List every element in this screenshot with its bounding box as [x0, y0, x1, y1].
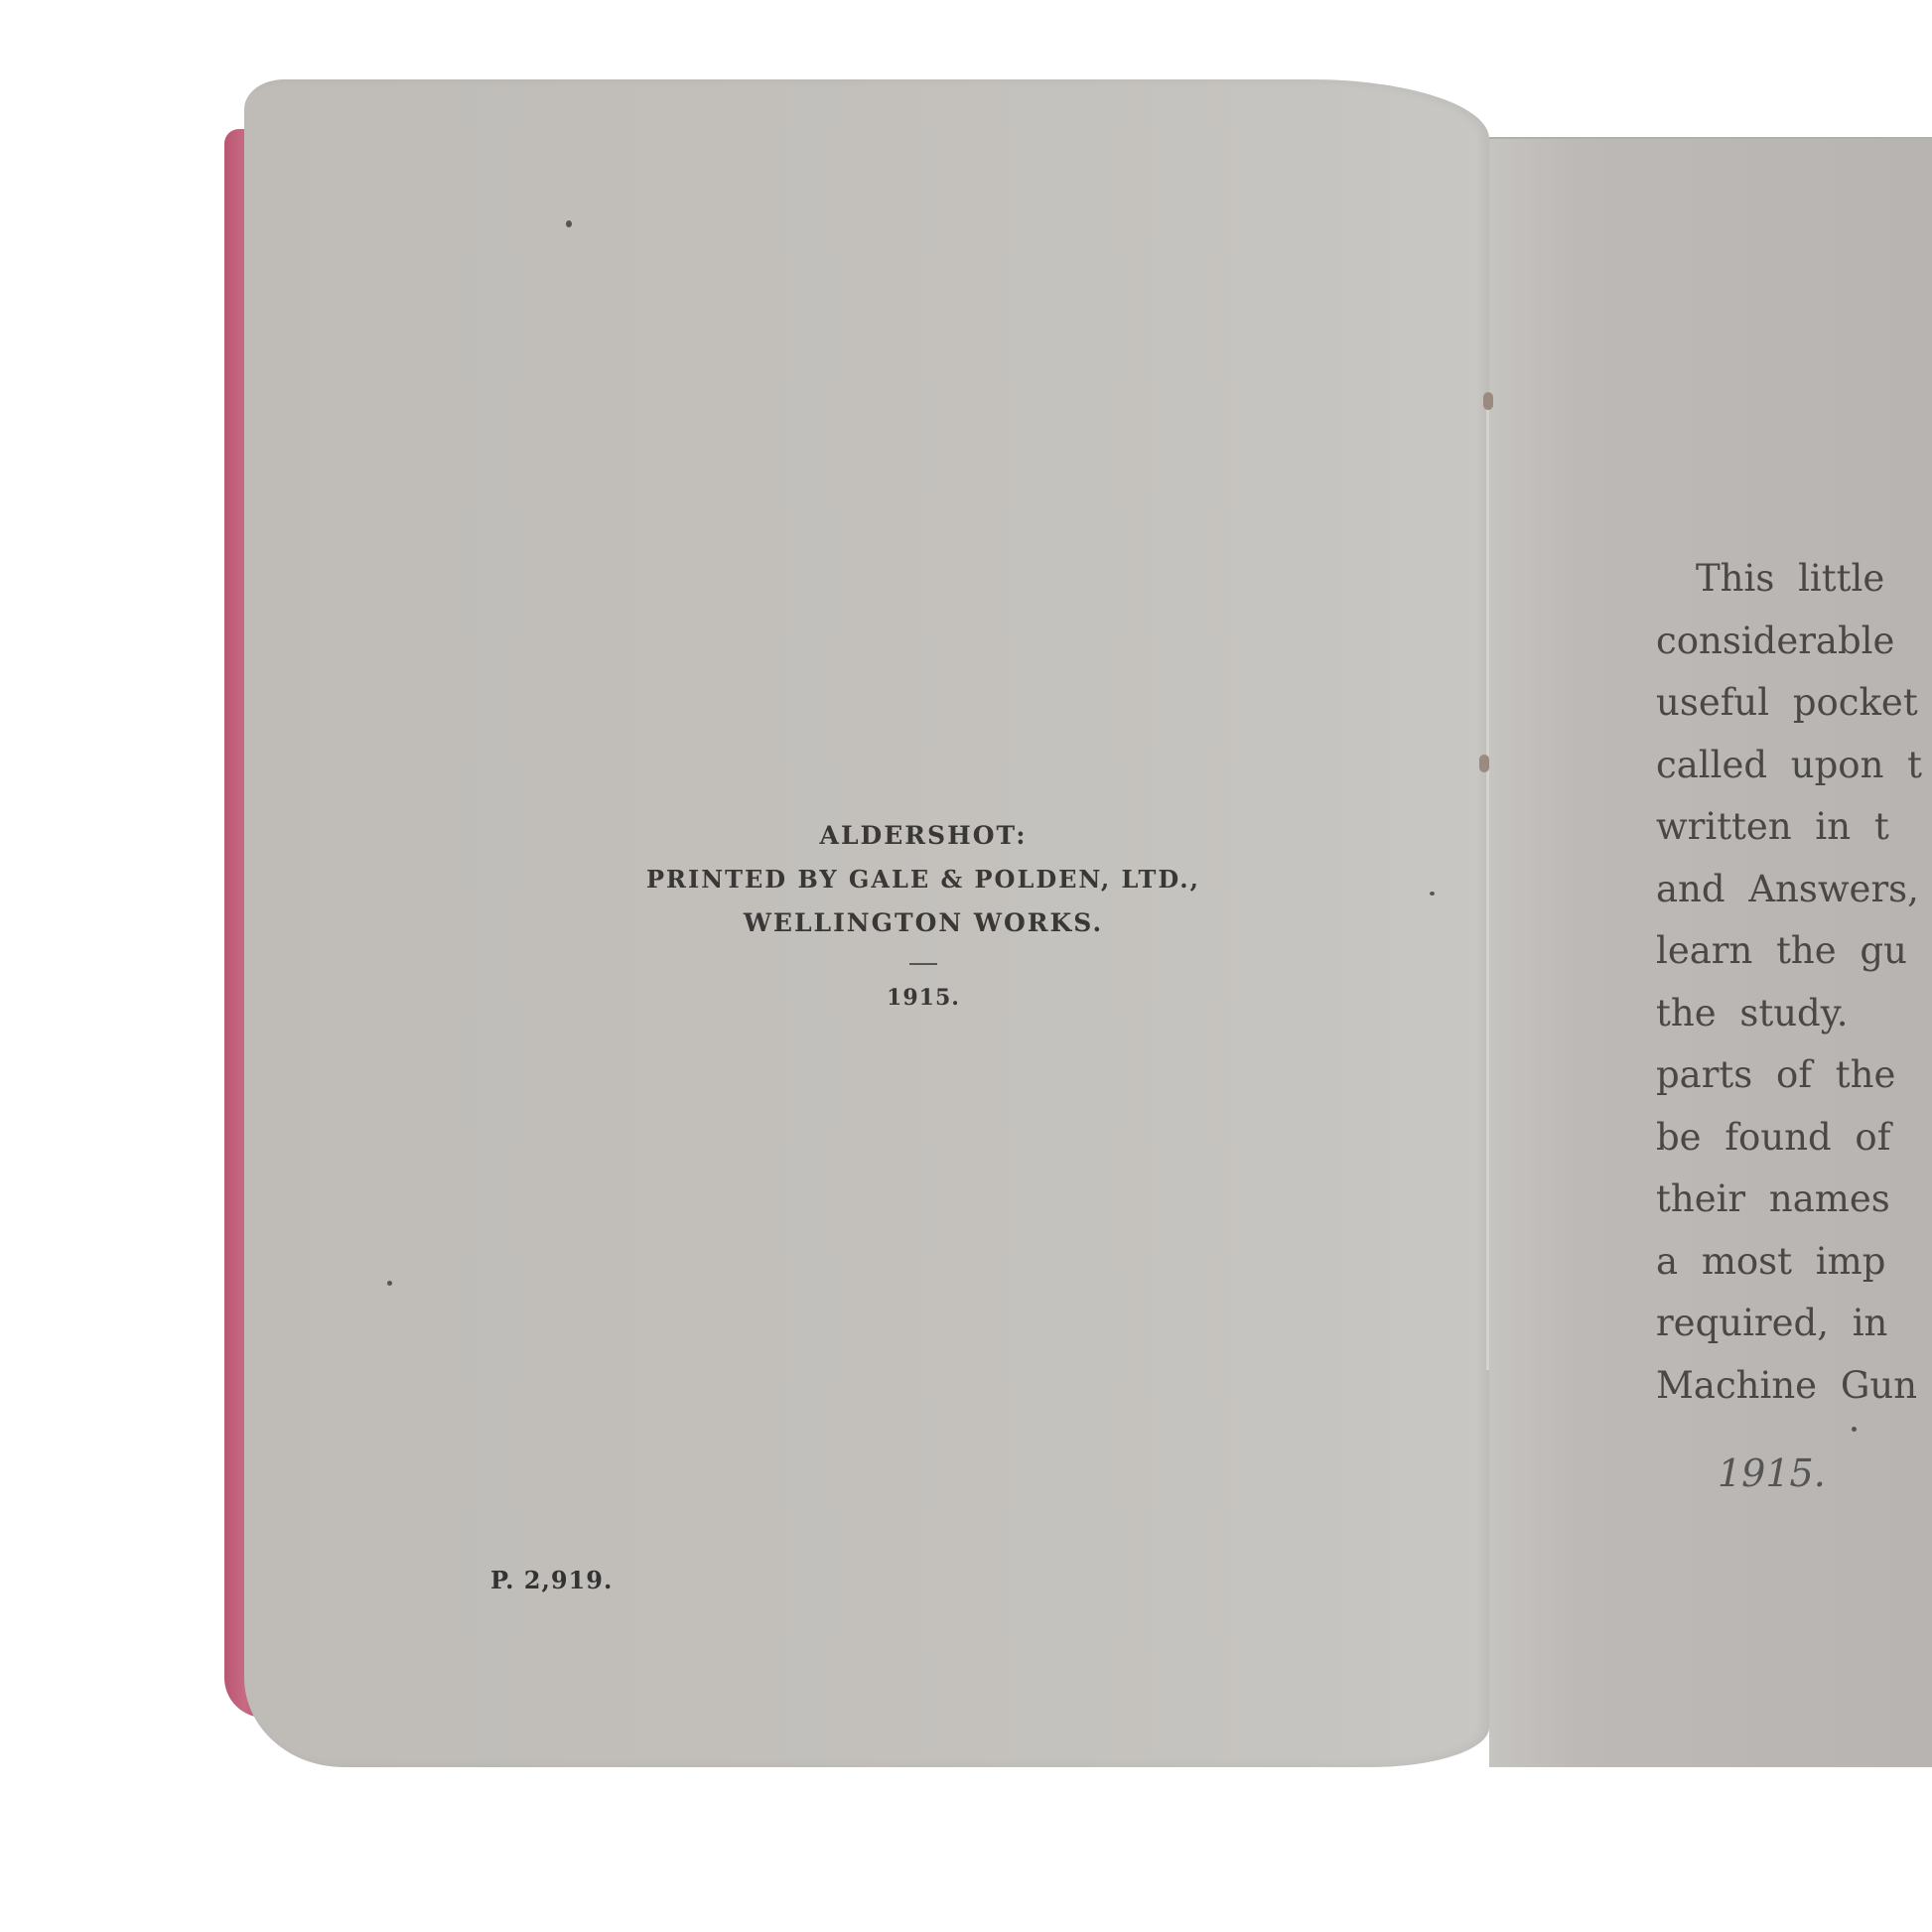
preface-date: 1915.: [1718, 1451, 1826, 1495]
paper-speck: [566, 220, 572, 227]
preface-line: This little: [1656, 548, 1932, 611]
imprint-printer: PRINTED BY GALE & POLDEN, LTD.,: [556, 858, 1291, 901]
binding-knot: [1483, 392, 1493, 410]
preface-line: Machine Gun: [1656, 1355, 1932, 1418]
printer-imprint: ALDERSHOT: PRINTED BY GALE & POLDEN, LTD…: [556, 814, 1291, 1011]
preface-line: written in t: [1656, 796, 1932, 859]
paper-speck: [1430, 892, 1435, 896]
preface-line: required, in: [1656, 1293, 1932, 1355]
paper-speck: [1852, 1427, 1857, 1432]
preface-line: be found of: [1656, 1107, 1932, 1170]
paper-speck: [387, 1281, 392, 1286]
imprint-rule: [909, 963, 937, 965]
preface-line: and Answers,: [1656, 859, 1932, 921]
imprint-year: 1915.: [556, 985, 1291, 1011]
preface-line: learn the gu: [1656, 920, 1932, 983]
binding-thread: [1486, 397, 1489, 1370]
preface-line: considerable: [1656, 611, 1932, 673]
binding-knot: [1479, 755, 1489, 772]
preface-line: parts of the: [1656, 1044, 1932, 1107]
print-code: P. 2,919.: [490, 1566, 613, 1594]
preface-line: called upon t: [1656, 735, 1932, 797]
imprint-place: ALDERSHOT:: [556, 814, 1291, 858]
preface-line: a most imp: [1656, 1231, 1932, 1294]
imprint-works: WELLINGTON WORKS.: [556, 901, 1291, 945]
preface-line: their names: [1656, 1169, 1932, 1231]
preface-line: the study.: [1656, 983, 1932, 1045]
preface-line: useful pocket: [1656, 672, 1932, 735]
preface-text: This little considerable useful pocket c…: [1656, 548, 1932, 1417]
